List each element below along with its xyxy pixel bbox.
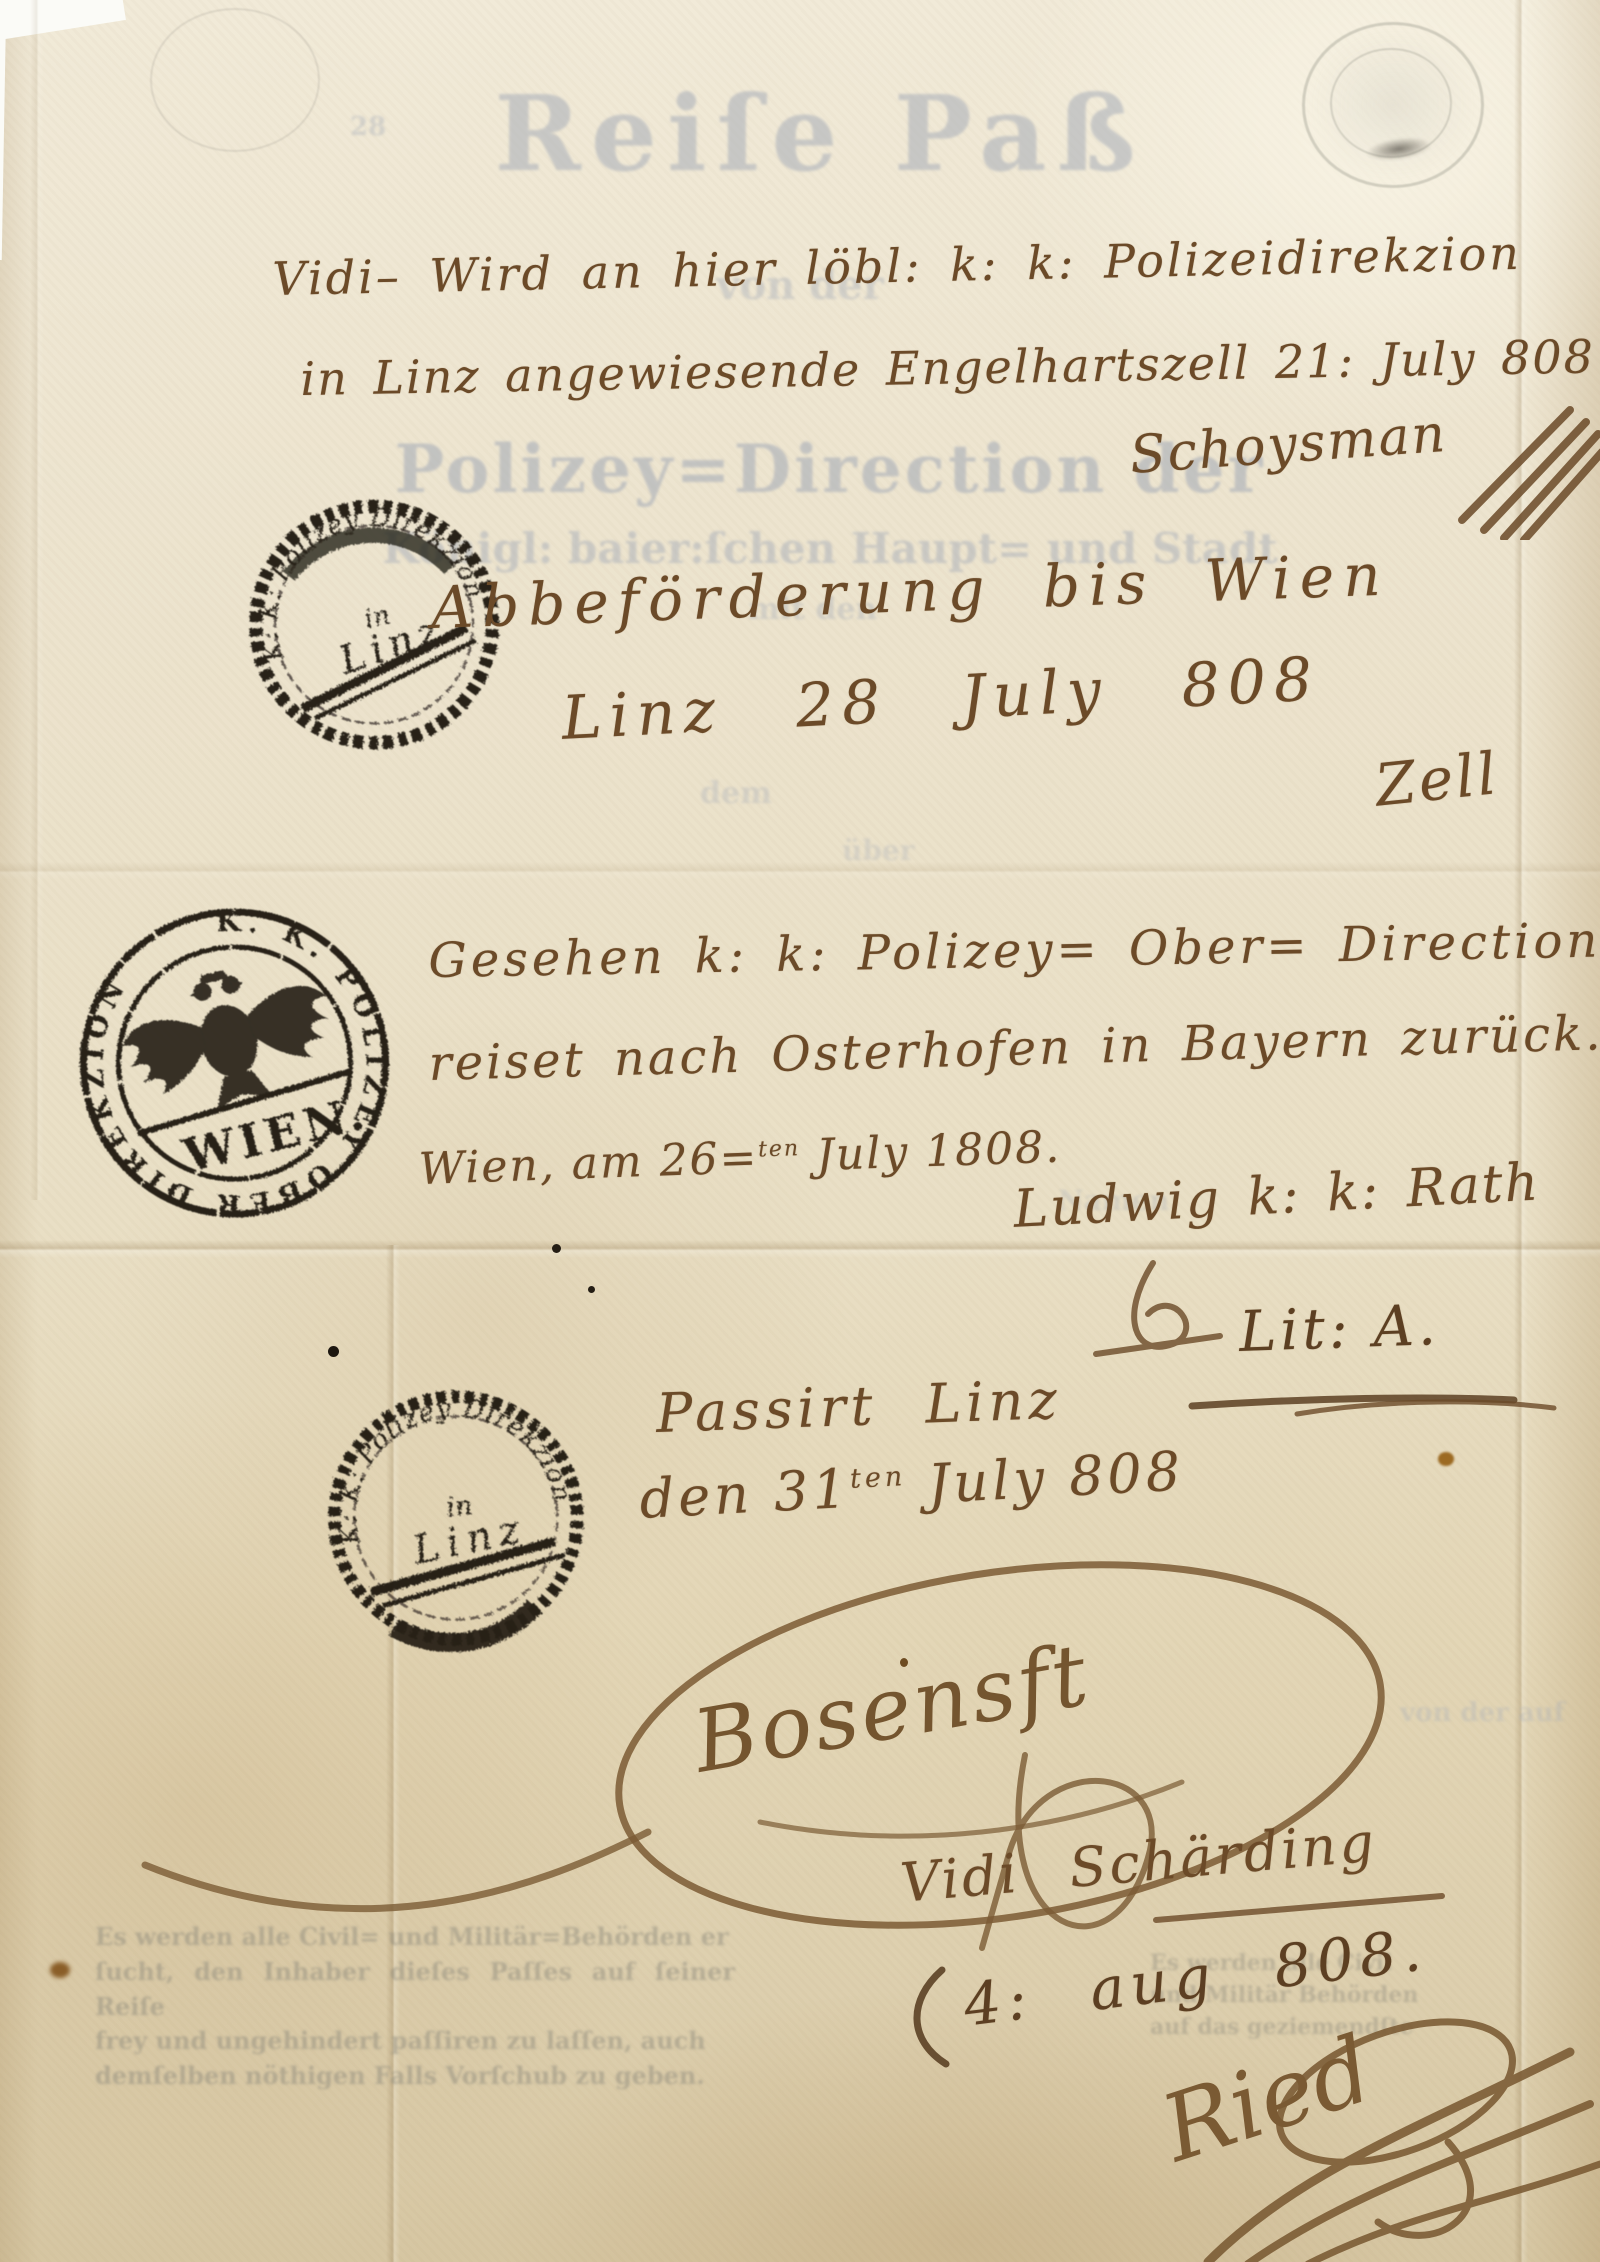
wien-note-dateline: Wien, am 26=ten July 1808.: [418, 1122, 1062, 1195]
scanned-passport-document: Reiſe Paß 28 von der Polizey=Direction d…: [0, 0, 1600, 2262]
vertical-crease-left: [30, 0, 44, 1200]
horizontal-fold-crease: [0, 1240, 1600, 1258]
wien-stamp-graphic: K. K. POLIZEY OBER DIREKZION WIEN.: [39, 868, 429, 1258]
showthrough-fragment: über: [842, 834, 915, 867]
befoerderung-line2: Linz 28 July 808: [560, 644, 1322, 754]
visa-linz-line2: in Linz angewiesende Engelhartszell 21: …: [300, 329, 1595, 406]
signature-paraph-strokes: [1452, 400, 1600, 540]
passirt-date-post: July 808: [905, 1439, 1186, 1516]
showthrough-title: Reiſe Paß: [430, 72, 1210, 195]
scan-edge-sliver: [0, 0, 126, 43]
ink-speck: [900, 1658, 908, 1667]
ink-speck: [552, 1244, 561, 1253]
showthrough-fragment: dem: [700, 776, 772, 811]
passirt-line1: Passirt Linz: [655, 1368, 1063, 1445]
file-letter-mark: Lit: A.: [1238, 1293, 1441, 1365]
faint-corner-stamp-ghost: [150, 8, 320, 152]
signature-stroke3: [1308, 2164, 1600, 2262]
wien-note-line2: reiset nach Osterhofen in Bayern zurück.: [428, 1005, 1600, 1092]
showthrough-paragraph-line: demſelben nöthigen Falls Vorſchub zu geb…: [95, 2059, 735, 2094]
horizontal-fold-crease-faint: [0, 862, 1600, 880]
showthrough-paragraph-line: frey und ungehindert paſſiren zu laſſen,…: [95, 2024, 735, 2059]
showthrough-corner-number: 28: [350, 112, 386, 142]
passirt-date-ordinal: ten: [849, 1461, 907, 1495]
flourish-crossstroke: [760, 1782, 1182, 1836]
scan-edge-sliver-left: [0, 0, 6, 260]
ink-speck: [328, 1346, 339, 1357]
wien-note-line1: Gesehen k: k: Polizey= Ober= Direction, …: [428, 910, 1600, 989]
visa-linz-signature: Schoysman: [1128, 404, 1449, 486]
ink-speck: [588, 1286, 595, 1293]
signature-paraph-loop: [1078, 1258, 1228, 1378]
passirt-line2: den 31ten July 808: [638, 1439, 1186, 1530]
wien-note-signature: Ludwig k: k: Rath: [1012, 1152, 1542, 1240]
paper-stain: [50, 1962, 70, 1978]
wien-date-post: July 1808.: [799, 1122, 1061, 1182]
befoerderung-signature: Zell: [1372, 739, 1502, 820]
passirt-flourish-dash: [1292, 1392, 1562, 1422]
paper-stain: [1438, 1452, 1454, 1466]
wien-date-ordinal: ten: [758, 1136, 801, 1162]
flourish-tail: [145, 1832, 648, 1909]
wien-date-pre: Wien, am 26=: [418, 1132, 759, 1195]
schaerding-signature-flourish: Ried: [1148, 2012, 1600, 2262]
wien-police-direction-stamp: K. K. POLIZEY OBER DIREKZION WIEN.: [39, 868, 430, 1262]
schaerding-brace-mark: [898, 1962, 958, 2072]
